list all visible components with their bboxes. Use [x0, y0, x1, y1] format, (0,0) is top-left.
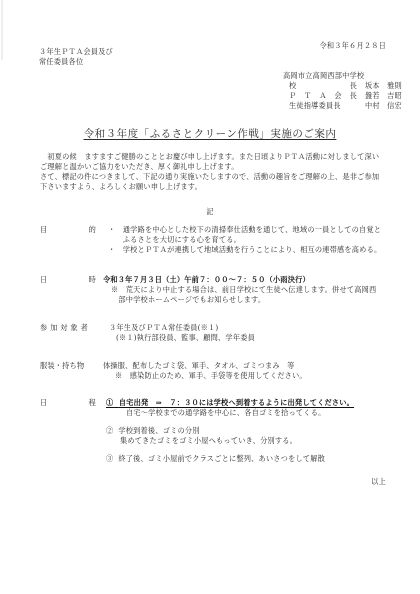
intro-line: さて、標記の件につきまして、下記の通り実施いたしますので、活動の趣旨をご理解の上…: [40, 172, 385, 182]
items-note: ※ 感染防止のため、軍手、手袋等を使用してください。: [103, 371, 307, 381]
purpose-body: ・ 通学路を中心とした校下の清掃奉仕活動を通じて、地域の一員としての自覚と ふる…: [108, 225, 381, 255]
signatory-pta-president: ＰＴＡ会長 盤若 吉昭: [283, 91, 402, 101]
signatory-guidance-chair: 生徒指導委員長 中村 信宏: [283, 101, 402, 111]
addressee: ３年生ＰＴＡ会員及び 常任委員各位: [39, 47, 113, 67]
purpose-label: 目 的: [40, 225, 96, 235]
purpose-item: ふるさとを大切にする心を育てる。: [108, 235, 381, 245]
signatory-role: ＰＴＡ会長: [283, 91, 357, 101]
schedule-body: ① 自宅出発 ⇒ ７：３０には学校へ到着するように出発してください。 自宅～学校…: [106, 398, 354, 464]
document-title-text: 令和３年度「ふるさとクリーン作戦」実施のご案内: [84, 128, 337, 140]
participants-label: 参 加 対 象 者: [40, 323, 88, 333]
participants-body: ３年生及びＰＴＡ常任委員(※１) (※１)執行部役員、監事、顧問、学年委員: [109, 323, 255, 343]
scan-edge: [1, 0, 3, 60]
document-date: 令和３年６月２８日: [320, 41, 387, 51]
participants-note: (※１)執行部役員、監事、顧問、学年委員: [109, 333, 255, 343]
intro-line: ご理解と温かいご協力をいただき、厚く御礼申し上げます。: [40, 162, 385, 172]
datetime-label: 日 時: [40, 275, 96, 285]
participants-main: ３年生及びＰＴＡ常任委員(※１): [109, 323, 255, 333]
ki-heading: 記: [0, 207, 420, 217]
purpose-item: ・ 通学路を中心とした校下の清掃奉仕活動を通じて、地域の一員としての自覚と: [108, 225, 381, 235]
schedule-label: 日 程: [40, 398, 96, 408]
items-body: 体操服、配布したゴミ袋、軍手、タオル、ゴミつまみ 等 ※ 感染防止のため、軍手、…: [103, 361, 307, 381]
signatory-role: 校長: [283, 81, 357, 91]
schedule-step-2: ② 学校到着後、ゴミの分別: [106, 426, 354, 436]
signatory-name: 中村 信宏: [365, 101, 402, 111]
closing-ijo: 以上: [371, 477, 386, 487]
datetime-body: 令和３年７月３日（土）午前７：００～７：５０（小雨決行） ※ 荒天により中止する…: [103, 275, 376, 305]
schedule-step-1: ① 自宅出発 ⇒ ７：３０には学校へ到着するように出発してください。: [106, 398, 354, 408]
schedule-step-2-detail: 集めてきたゴミをゴミ小屋へもっていき、分別する。: [106, 436, 354, 446]
datetime-main: 令和３年７月３日（土）午前７：００～７：５０（小雨決行）: [103, 275, 376, 285]
signatory-principal: 校長 坂本 雅則: [283, 81, 402, 91]
intro-line: 下さいますよう、よろしくお願い申し上げます。: [40, 182, 385, 192]
items-main: 体操服、配布したゴミ袋、軍手、タオル、ゴミつまみ 等: [103, 361, 307, 371]
intro-paragraph: 初夏の候 ますますご健勝のこととお慶び申し上げます。また日頃よりＰＴＡ活動に対し…: [40, 152, 385, 192]
signatory-role: 生徒指導委員長: [283, 101, 357, 111]
document-title: 令和３年度「ふるさとクリーン作戦」実施のご案内: [0, 126, 420, 141]
schedule-step-1-detail: 自宅～学校までの通学路を中心に、各自ゴミを拾ってくる。: [106, 408, 354, 418]
school-name: 高岡市立高岡西部中学校: [283, 71, 402, 81]
addressee-line: ３年生ＰＴＡ会員及び: [39, 47, 113, 57]
schedule-step-3: ③ 終了後、ゴミ小屋前でクラスごとに整列、あいさつをして解散: [106, 454, 354, 464]
signatory-name: 坂本 雅則: [365, 81, 402, 91]
signatory-name: 盤若 吉昭: [365, 91, 402, 101]
items-label: 服装・持ち物: [40, 361, 84, 371]
sender-block: 高岡市立高岡西部中学校 校長 坂本 雅則 ＰＴＡ会長 盤若 吉昭 生徒指導委員長…: [283, 71, 402, 111]
datetime-note: ※ 荒天により中止する場合は、前日学校にて生徒へ伝達します。併せて高岡西: [103, 285, 376, 295]
addressee-line: 常任委員各位: [39, 57, 113, 67]
purpose-item: ・ 学校とＰＴＡが連携して地域活動を行うことにより、相互の連帯感を高める。: [108, 245, 381, 255]
datetime-note: 部中学校ホームページでもお知らせします。: [103, 295, 376, 305]
intro-line: 初夏の候 ますますご健勝のこととお慶び申し上げます。また日頃よりＰＴＡ活動に対し…: [40, 152, 385, 162]
